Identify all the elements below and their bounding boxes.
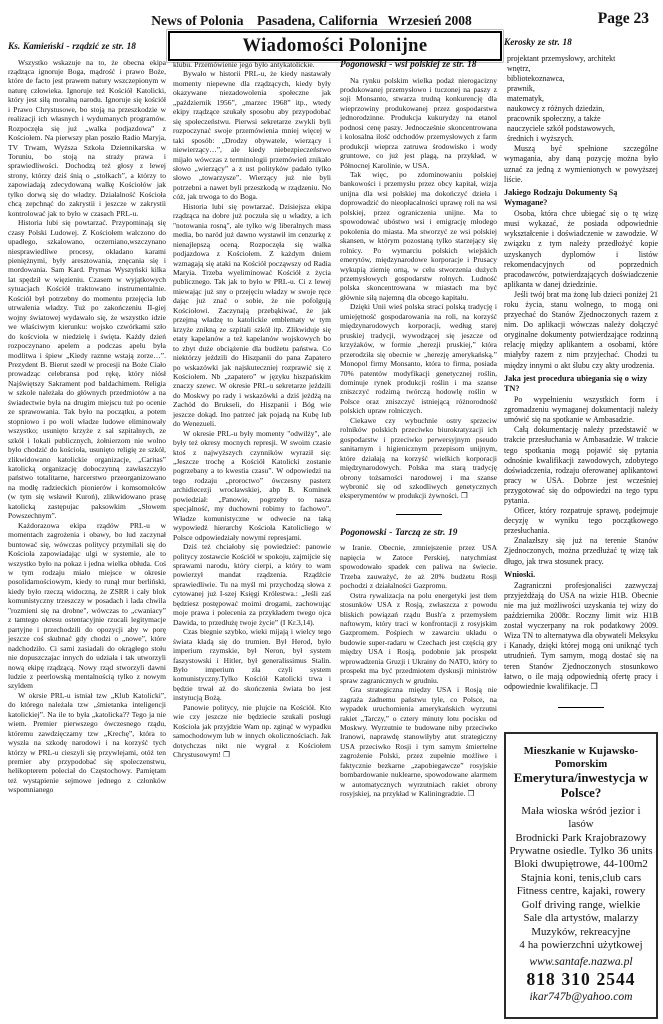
article-paragraph: W okresie PRL-u były momenty "odwilży", … [173, 429, 331, 542]
article-jump-heading-kerosky: Kerosky ze str. 18 [504, 38, 658, 50]
article-paragraph: Po wypełnieniu wszystkich form i zgromad… [504, 395, 658, 425]
article-paragraph: Dzięki Unii wieś polska straci polską tr… [340, 302, 497, 415]
article-paragraph: Gra strategiczna między USA i Rosją nie … [340, 685, 497, 798]
article-paragraph: W okrsie PRL-u istniał tzw „Klub Katolic… [8, 691, 166, 795]
article-paragraph-continuation: w Iranie. Obecnie, zmniejszenie przez US… [340, 543, 497, 590]
article-paragraph: Osoba, która chce ubiegać się o tę wizę … [504, 209, 658, 290]
ad-feature-line: Sale dla artystów, malarzy [508, 912, 654, 925]
article-subheading: Jakiego Rodzaju Dokumenty Są Wymagane? [504, 188, 658, 208]
article-paragraph: Każdorazowa ekipa rządów PRL-u w momenta… [8, 521, 166, 691]
article-paragraph: Tak więc, po zdominowaniu polskiej banko… [340, 170, 497, 302]
occupation-list-line: nauczyciele szkół podstawowych, [504, 124, 658, 134]
article-paragraph: Panowie politycy, nie plujcie na Kościół… [173, 703, 331, 760]
ad-feature-line: Muzyków, rekreacyjne [508, 926, 654, 939]
ad-feature-line: Fitness centre, kajaki, rowery [508, 885, 654, 898]
separator-rule [396, 514, 442, 515]
occupation-list-line: matematyk, [504, 94, 658, 104]
article-paragraph: Na rynku polskim wielka podaż nierogaciz… [340, 76, 497, 171]
article-jump-heading-pogonowski-tarcza: Pogonowski - Tarczą ze str. 19 [340, 528, 497, 540]
ad-website: www.santafe.nazwa.pl [508, 955, 654, 969]
article-paragraph: Historia lubi się powtarzać. Dzisiejsza … [173, 202, 331, 429]
section-title: Wiadomości Polonijne [243, 36, 428, 57]
ad-subtitle: Emerytura/inwestycja w Polsce? [508, 771, 654, 801]
ad-feature-lines: Mała wioska wśród jezior i lasówBrodnick… [508, 805, 654, 952]
article-paragraph: Ciekawe czy wybuchnie ostry sprzeciw rol… [340, 416, 497, 501]
article-paragraph: Jeśli twój brat ma żonę lub dzieci poniż… [504, 290, 658, 371]
real-estate-ad-box: Mieszkanie w Kujawsko-Pomorskim Emerytur… [504, 732, 658, 1019]
page-number: Page 23 [598, 10, 649, 28]
occupation-list-line: projektant przemysłowy, architekt [504, 54, 658, 64]
article-paragraph: Historia lubi się powtarzać. Przypominaj… [8, 218, 166, 521]
article-paragraph: Muszą być spełnione szczególne wymagania… [504, 144, 658, 184]
article-paragraph: Znalazłszy się już na terenie Stanów Zje… [504, 536, 658, 566]
column-pogonowski: Pogonowski - wsi polskiej ze str. 18Na r… [340, 60, 497, 799]
column-kerosky: Kerosky ze str. 18projektant przemysłowy… [504, 38, 658, 1019]
article-jump-heading-kamienski: Ks. Kamieński - rządzić ze str. 18 [8, 42, 166, 54]
ad-feature-line: 4 ha powierzchni użytkowej [508, 939, 654, 952]
ad-feature-line: Brodnicki Park Krajobrazowy [508, 832, 654, 845]
ad-feature-line: Golf driving range, wielkie [508, 899, 654, 912]
masthead: News of Polonia Pasadena, California Wrz… [0, 13, 643, 29]
newspaper-page: News of Polonia Pasadena, California Wrz… [0, 0, 663, 1024]
article-paragraph: Zagraniczni profesjonaliści zazwyczaj pr… [504, 581, 658, 692]
occupation-list-line: średnich i wyższych. [504, 134, 658, 144]
column-kamienski: Ks. Kamieński - rządzić ze str. 18Wszyst… [8, 42, 166, 795]
article-paragraph: Bywało w historii PRL-u, że kiedy nastaw… [173, 69, 331, 201]
ad-feature-line: Mała wioska wśród jezior i lasów [508, 805, 654, 832]
article-paragraph: Oficer, który rozpatruje sprawę, podejmu… [504, 506, 658, 536]
occupation-list-line: bibliotekoznawca, [504, 74, 658, 84]
article-paragraph: Wszystko wskazuje na to, że obecna ekipa… [8, 58, 166, 219]
article-paragraph: Całą dokumentację należy przedstawić w t… [504, 425, 658, 506]
occupation-list-line: naukowcy z różnych dziedzin, [504, 104, 658, 114]
article-paragraph: Czas biegnie szybko, wieki mijają i wiel… [173, 627, 331, 703]
ad-email: ikar747b@yahoo.com [508, 990, 654, 1004]
separator-rule [558, 707, 604, 708]
occupation-list-line: prawnik, [504, 84, 658, 94]
article-paragraph: Ostra rywalizacja na polu energetyki jes… [340, 591, 497, 686]
article-jump-heading-pogonowski-wsi: Pogonowski - wsi polskiej ze str. 18 [340, 60, 497, 72]
kerosky-article-blocks: Kerosky ze str. 18projektant przemysłowy… [504, 38, 658, 708]
ad-title: Mieszkanie w Kujawsko-Pomorskim [508, 745, 654, 771]
ad-feature-line: Stajnia koni, tenis,club cars [508, 872, 654, 885]
article-paragraph-continuation: klubu. Przemówienie jego było antykatoli… [173, 60, 331, 69]
ad-feature-line: Prywatne osiedle. Tylko 36 units [508, 845, 654, 858]
ad-feature-line: Bloki dwupiętrowe, 44-100m2 [508, 858, 654, 871]
article-paragraph: Dziś też chciałoby się powiedzieć: panow… [173, 542, 331, 627]
ad-phone-number: 818 310 2544 [508, 969, 654, 990]
article-subheading: Jaka jest procedura ubiegania się o wizy… [504, 374, 658, 394]
occupation-list-line: wnętrz, [504, 64, 658, 74]
section-title-box: Wiadomości Polonijne [168, 31, 502, 61]
column-kamienski-continued: klubu. Przemówienie jego było antykatoli… [173, 60, 331, 760]
occupation-list-line: pracownik społeczny, a także [504, 114, 658, 124]
article-subheading: Wnioski. [504, 570, 658, 580]
